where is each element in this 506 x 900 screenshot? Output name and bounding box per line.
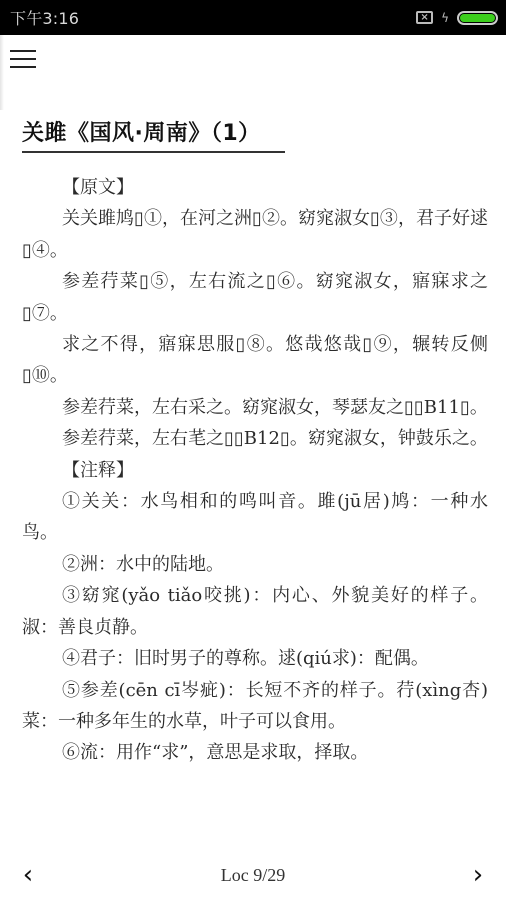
section-heading-notes: 【注释】 xyxy=(22,455,488,486)
status-time: 下午3:16 xyxy=(10,6,79,29)
section-heading-original: 【原文】 xyxy=(22,172,488,203)
chapter-title-block: 关雎《国风·周南》（1） xyxy=(22,116,285,153)
chevron-right-icon[interactable]: › xyxy=(466,862,490,888)
sim-off-icon: × xyxy=(416,11,433,24)
drawer-edge-handle[interactable] xyxy=(0,35,4,110)
reading-content: 【原文】 关关雎鸠▯①，在河之洲▯②。窈窕淑女▯③，君子好逑▯④。 参差荇菜▯⑤… xyxy=(22,172,488,769)
note-paragraph: ④君子：旧时男子的尊称。逑(qiú求)：配偶。 xyxy=(22,643,488,674)
status-bar: 下午3:16 × ϟ xyxy=(0,0,506,35)
chapter-title: 关雎《国风·周南》（1） xyxy=(22,116,285,147)
note-paragraph: ②洲：水中的陆地。 xyxy=(22,549,488,580)
text-paragraph: 求之不得，寤寐思服▯⑧。悠哉悠哉▯⑨，辗转反侧▯⑩。 xyxy=(22,329,488,392)
page-navigation-bar: ‹ Loc 9/29 › xyxy=(0,850,506,900)
note-paragraph: ①关关：水鸟相和的鸣叫音。雎(jū居)鸠：一种水鸟。 xyxy=(22,486,488,549)
chevron-left-icon[interactable]: ‹ xyxy=(16,862,40,888)
text-paragraph: 关关雎鸠▯①，在河之洲▯②。窈窕淑女▯③，君子好逑▯④。 xyxy=(22,203,488,266)
charging-bolt-icon: ϟ xyxy=(441,11,449,25)
note-paragraph: ⑥流：用作“求”，意思是求取，择取。 xyxy=(22,737,488,768)
note-paragraph: ⑤参差(cēn cī岑疵)：长短不齐的样子。荇(xìng杏)菜：一种多年生的水草… xyxy=(22,675,488,738)
text-paragraph: 参差荇菜▯⑤，左右流之▯⑥。窈窕淑女，寤寐求之▯⑦。 xyxy=(22,266,488,329)
hamburger-menu-icon[interactable] xyxy=(10,48,36,70)
text-paragraph: 参差荇菜，左右芼之▯▯B12▯。窈窕淑女，钟鼓乐之。 xyxy=(22,423,488,454)
battery-full-icon xyxy=(457,11,498,25)
location-indicator: Loc 9/29 xyxy=(221,865,286,886)
status-icons: × ϟ xyxy=(416,11,498,25)
text-paragraph: 参差荇菜，左右采之。窈窕淑女，琴瑟友之▯▯B11▯。 xyxy=(22,392,488,423)
note-paragraph: ③窈窕(yǎo tiǎo咬挑)：内心、外貌美好的样子。淑：善良贞静。 xyxy=(22,580,488,643)
